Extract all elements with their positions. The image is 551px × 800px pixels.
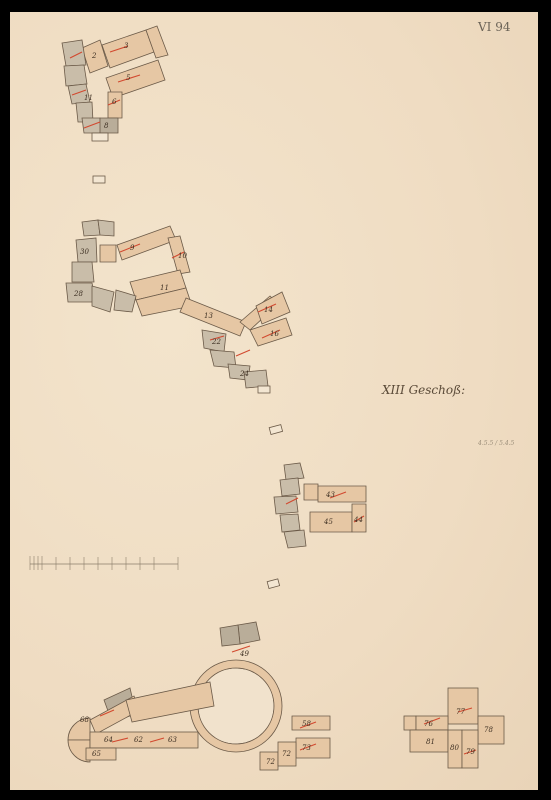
plan-d: 68 64 62 63 65 49 58 73 72 72 bbox=[68, 622, 330, 770]
svg-text:63: 63 bbox=[168, 736, 177, 744]
svg-text:8: 8 bbox=[104, 122, 109, 130]
svg-text:30: 30 bbox=[80, 248, 89, 256]
svg-text:64: 64 bbox=[104, 736, 113, 744]
svg-text:76: 76 bbox=[424, 720, 433, 728]
floor-plan-drawing: 2 3 5 6 11 8 9 30 10 bbox=[0, 0, 551, 800]
dimension-note: 4.5.5 / 5.4.5 bbox=[478, 440, 514, 447]
svg-text:16: 16 bbox=[270, 330, 279, 338]
svg-text:2: 2 bbox=[91, 52, 97, 60]
svg-text:28: 28 bbox=[73, 290, 83, 298]
svg-text:6: 6 bbox=[112, 98, 117, 106]
svg-text:22: 22 bbox=[211, 338, 221, 346]
pillar-marker bbox=[93, 176, 105, 183]
svg-text:43: 43 bbox=[325, 491, 335, 499]
scale-bar bbox=[30, 556, 178, 570]
svg-text:5: 5 bbox=[126, 74, 131, 82]
plan-e: 76 77 78 81 80 79 bbox=[404, 688, 504, 768]
plan-a: 2 3 5 6 11 8 bbox=[62, 26, 168, 141]
svg-text:81: 81 bbox=[426, 738, 435, 746]
svg-text:14: 14 bbox=[264, 306, 273, 314]
svg-text:77: 77 bbox=[456, 708, 465, 716]
svg-text:62: 62 bbox=[134, 736, 143, 744]
svg-text:58: 58 bbox=[302, 720, 311, 728]
svg-text:11: 11 bbox=[160, 284, 169, 292]
svg-text:45: 45 bbox=[323, 518, 333, 526]
svg-text:65: 65 bbox=[92, 750, 101, 758]
svg-text:9: 9 bbox=[130, 244, 135, 252]
svg-text:24: 24 bbox=[239, 370, 249, 378]
svg-text:68: 68 bbox=[80, 716, 89, 724]
svg-text:79: 79 bbox=[466, 748, 475, 756]
svg-text:10: 10 bbox=[178, 252, 187, 260]
floor-caption: XIII Geschoß: bbox=[382, 383, 465, 397]
svg-text:11: 11 bbox=[84, 94, 93, 102]
svg-text:49: 49 bbox=[239, 650, 249, 658]
pillar-marker bbox=[269, 425, 282, 435]
pillar-marker bbox=[267, 579, 279, 589]
svg-text:72: 72 bbox=[266, 758, 275, 766]
svg-text:13: 13 bbox=[204, 312, 213, 320]
plan-b: 9 30 10 28 11 13 14 16 22 24 bbox=[66, 220, 292, 393]
svg-text:80: 80 bbox=[450, 744, 459, 752]
sheet-number: VI 94 bbox=[478, 20, 511, 34]
svg-text:44: 44 bbox=[353, 516, 363, 524]
svg-text:78: 78 bbox=[484, 726, 493, 734]
svg-text:73: 73 bbox=[302, 744, 311, 752]
svg-text:3: 3 bbox=[124, 42, 129, 50]
svg-text:72: 72 bbox=[282, 750, 291, 758]
plan-c: 43 45 44 bbox=[274, 463, 366, 548]
